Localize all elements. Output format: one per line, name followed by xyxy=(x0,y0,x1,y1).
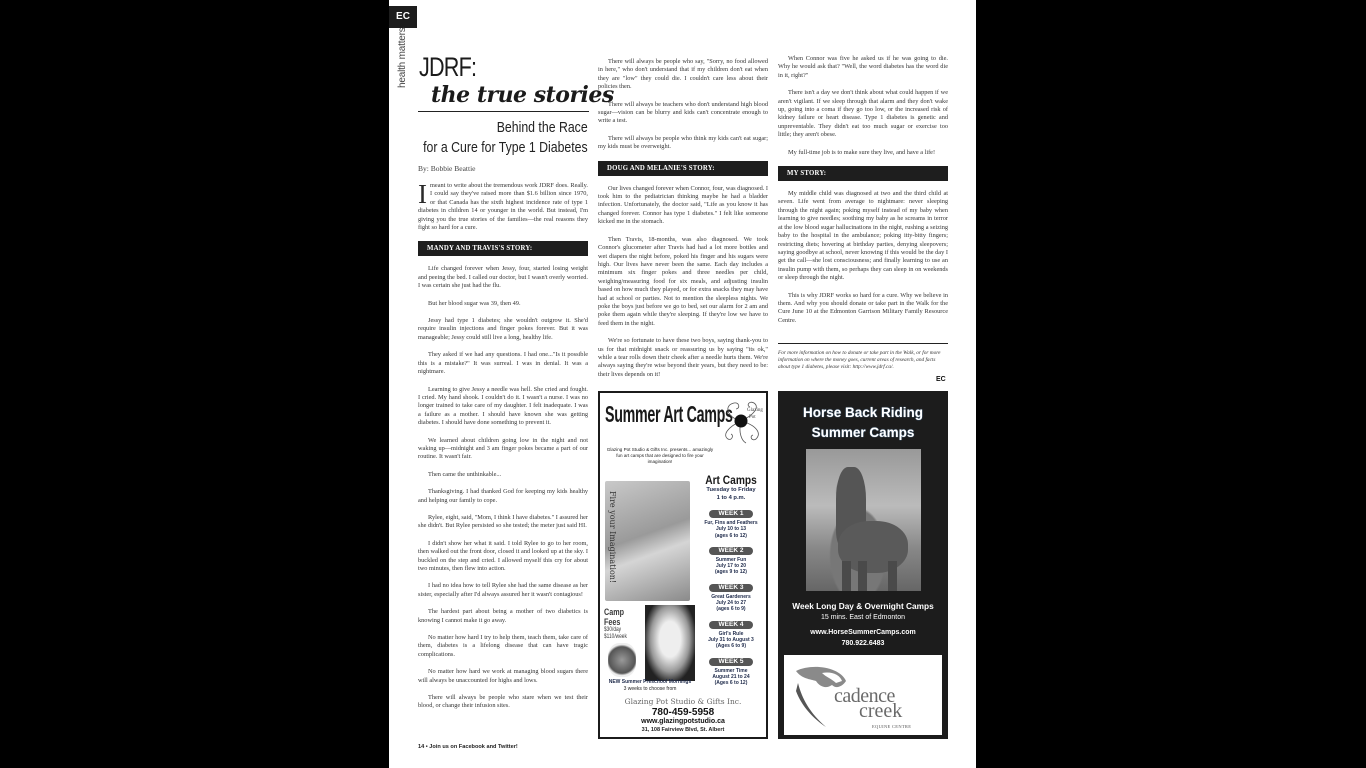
bowl-photo xyxy=(645,605,695,681)
byline: By: Bobbie Beattie xyxy=(418,164,476,173)
paragraph: Rylee, eight, said, "Mom, I think I have… xyxy=(418,514,588,531)
paragraph: I had no idea how to tell Rylee she had … xyxy=(418,582,588,599)
paragraph: Our lives changed forever when Connor, f… xyxy=(598,185,768,227)
ad-title: Horse Back Riding Summer Camps xyxy=(778,403,948,443)
page-footer: 14 • Join us on Facebook and Twitter! xyxy=(418,744,518,750)
paragraph: When Connor was five he asked us if he w… xyxy=(778,55,948,80)
bowls-photo: Fire your Imagination! xyxy=(605,481,690,601)
svg-text:Pot: Pot xyxy=(749,415,756,420)
camp-fees: Camp Fees $30/day $110/week xyxy=(604,607,636,641)
week-badge: WEEK 1 xyxy=(709,510,754,518)
paragraph: My middle child was diagnosed at two and… xyxy=(778,190,948,282)
week-item: WEEK 3 Great Gardeners July 24 to 27 (ag… xyxy=(696,576,766,613)
paragraph: There will always be people who stare wh… xyxy=(418,694,588,711)
photo-caption: Fire your Imagination! xyxy=(608,491,617,583)
article-subtitle: Behind the Race for a Cure for Type 1 Di… xyxy=(423,118,588,158)
camp-type: Week Long Day & Overnight Camps xyxy=(778,601,948,611)
paragraph: Life changed forever when Jessy, four, s… xyxy=(418,265,588,290)
column-1: Imeant to write about the tremendous wor… xyxy=(418,182,588,720)
week-item: WEEK 5 Summer Time August 21 to 24 (Ages… xyxy=(696,650,766,687)
glazing-pot-logo-icon: Glazing Pot xyxy=(716,397,766,445)
summer-art-camps-ad[interactable]: Summer Art Camps Glazing Pot Glazing Pot… xyxy=(598,391,768,739)
paragraph: There isn't a day we don't think about w… xyxy=(778,89,948,139)
week-item: WEEK 2 Summer Fun July 17 to 20 (ages 9 … xyxy=(696,539,766,576)
horse-camps-url-link[interactable]: www.HorseSummerCamps.com xyxy=(778,629,948,636)
info-note: For more information on how to donate or… xyxy=(778,343,948,371)
svg-text:Glazing: Glazing xyxy=(747,408,763,413)
section-heading: MY STORY: xyxy=(778,166,948,181)
ceramic-figure-photo xyxy=(608,643,636,677)
magazine-page: EC health matters JDRF: the true stories… xyxy=(389,0,976,768)
horse-photo xyxy=(806,449,921,591)
studio-url-link[interactable]: www.glazingpotstudio.ca xyxy=(600,718,766,725)
paragraph: But her blood sugar was 39, then 49. xyxy=(418,300,588,308)
intro-paragraph: Imeant to write about the tremendous wor… xyxy=(418,182,588,232)
section-label: health matters xyxy=(397,27,408,88)
camp-schedule: Art Camps Tuesday to Friday 1 to 4 p.m. … xyxy=(696,473,766,686)
schedule-heading: Art Camps xyxy=(701,473,761,487)
week-item: WEEK 1 Fur, Fins and Feathers July 10 to… xyxy=(696,502,766,539)
paragraph: There will always be people who say, "So… xyxy=(598,58,768,92)
ad-presents-text: Glazing Pot Studio & Gifts Inc. presents… xyxy=(604,447,716,465)
section-heading: DOUG AND MELANIE'S STORY: xyxy=(598,161,768,176)
paragraph: No matter how hard I try to help them, t… xyxy=(418,634,588,659)
studio-phone: 780-459-5958 xyxy=(600,707,766,718)
article-title-script: the true stories xyxy=(431,82,614,108)
article-title: JDRF: xyxy=(419,52,476,83)
camp-location: 15 mins. East of Edmonton xyxy=(778,614,948,621)
cadence-creek-logo: cadence creek EQUINE CENTRE xyxy=(784,655,942,735)
paragraph: We learned about children going low in t… xyxy=(418,437,588,462)
section-heading: MANDY AND TRAVIS'S STORY: xyxy=(418,241,588,256)
week-badge: WEEK 4 xyxy=(709,621,754,629)
paragraph: No matter how hard we work at managing b… xyxy=(418,668,588,685)
horse-camps-phone: 780.922.6483 xyxy=(778,640,948,647)
preschool-notice: NEW Summer Preschool Mornings 3 weeks to… xyxy=(605,679,695,693)
paragraph: Learning to give Jessy a needle was hell… xyxy=(418,386,588,428)
column-3: When Connor was five he asked us if he w… xyxy=(778,55,948,334)
week-badge: WEEK 5 xyxy=(709,658,754,666)
paragraph: They asked if we had any questions. I ha… xyxy=(418,351,588,376)
ad-title: Summer Art Camps xyxy=(605,401,733,428)
column-2: There will always be people who say, "So… xyxy=(598,58,768,388)
ec-tab-label: EC xyxy=(389,6,417,28)
drop-cap: I xyxy=(418,183,427,205)
paragraph: This is why JDRF works so hard for a cur… xyxy=(778,292,948,326)
brand-name-2: creek xyxy=(859,700,902,723)
paragraph: I didn't show her what it said. I told R… xyxy=(418,540,588,574)
paragraph: Then Travis, 18-months, was also diagnos… xyxy=(598,236,768,328)
end-mark: EC xyxy=(936,376,946,383)
paragraph: My full-time job is to make sure they li… xyxy=(778,149,948,157)
paragraph: There will always be teachers who don't … xyxy=(598,101,768,126)
paragraph: Thanksgiving. I had thanked God for keep… xyxy=(418,488,588,505)
paragraph: The hardest part about being a mother of… xyxy=(418,608,588,625)
title-divider xyxy=(418,111,589,112)
paragraph: Jessy had type 1 diabetes; she wouldn't … xyxy=(418,317,588,342)
week-badge: WEEK 3 xyxy=(709,584,754,592)
week-item: WEEK 4 Girl's Rule July 31 to August 3 (… xyxy=(696,613,766,650)
paragraph: There will always be people who think my… xyxy=(598,135,768,152)
paragraph: Then came the unthinkable... xyxy=(418,471,588,479)
paragraph: We're so fortunate to have these two boy… xyxy=(598,337,768,379)
studio-name: Glazing Pot Studio & Gifts Inc. xyxy=(600,697,766,706)
studio-address: 31, 108 Fairview Blvd, St. Albert xyxy=(600,727,766,733)
horse-riding-camps-ad[interactable]: Horse Back Riding Summer Camps Week Long… xyxy=(778,391,948,739)
brand-tagline: EQUINE CENTRE xyxy=(872,724,911,729)
week-badge: WEEK 2 xyxy=(709,547,754,555)
